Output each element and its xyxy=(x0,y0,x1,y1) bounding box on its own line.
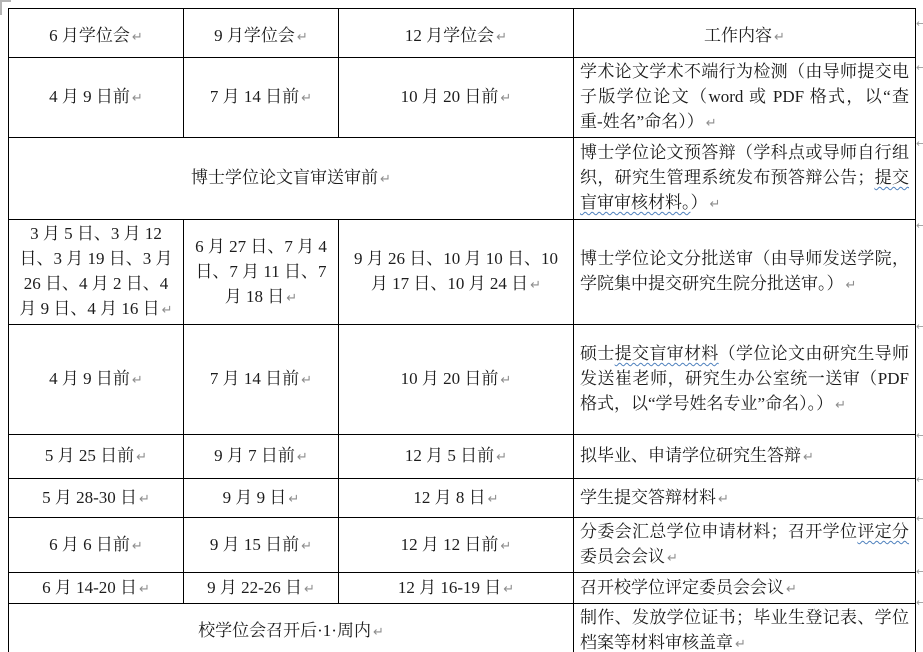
date-text: 9 月 22-26 日 xyxy=(207,578,302,597)
task-cell: 博士学位论文预答辩（学科点或导师自行组织，研究生管理系统发布预答辩公告；提交盲审… xyxy=(574,138,916,220)
date-text: 12 月 5 日前 xyxy=(405,446,494,465)
row-end-mark-icon: ← xyxy=(916,566,923,577)
paragraph-mark-icon: ↵ xyxy=(297,30,308,45)
paragraph-mark-icon: ↵ xyxy=(530,278,541,293)
paragraph-mark-icon: ↵ xyxy=(136,450,147,465)
date-cell: 12 月 16-19 日↵ xyxy=(339,573,574,604)
row-end-mark-icon: ← xyxy=(916,62,923,73)
header-cell-june: 6 月学位会↵ xyxy=(9,9,184,58)
task-cell: 硕士提交盲审材料（学位论文由研究生导师发送崔老师，研究生办公室统一送审（PDF … xyxy=(574,325,916,435)
paragraph-mark-icon: ↵ xyxy=(718,492,729,507)
paragraph-mark-icon: ↵ xyxy=(496,450,507,465)
table-row: 博士学位论文盲审送审前↵ 博士学位论文预答辩（学科点或导师自行组织，研究生管理系… xyxy=(9,138,916,220)
merged-date-cell: 校学位会召开后·1·周内↵ xyxy=(9,604,574,652)
table-row: 5 月 28-30 日↵ 9 月 9 日↵ 12 月 8 日↵ 学生提交答辩材料… xyxy=(9,479,916,518)
header-cell-task: 工作内容↵ xyxy=(574,9,916,58)
row-end-mark-icon: ← xyxy=(916,220,923,231)
task-text: 博士学位论文分批送审（由导师发送学院，学院集中提交研究生院分批送审。） xyxy=(580,249,909,293)
task-cell: 召开校学位评定委员会会议↵ xyxy=(574,573,916,604)
row-end-mark-icon: ← xyxy=(916,474,923,485)
date-text: 9 月 15 日前 xyxy=(210,535,299,554)
paragraph-mark-icon: ↵ xyxy=(500,373,511,388)
paragraph-mark-icon: ↵ xyxy=(301,539,312,554)
table-row: 6 月 14-20 日↵ 9 月 22-26 日↵ 12 月 16-19 日↵ … xyxy=(9,573,916,604)
date-text: 4 月 9 日前 xyxy=(49,369,130,388)
row-end-mark-icon: ← xyxy=(916,18,923,29)
table-row: 校学位会召开后·1·周内↵ 制作、发放学位证书；毕业生登记表、学位档案等材料审核… xyxy=(9,604,916,652)
task-text: 学生提交答辩材料 xyxy=(580,488,716,507)
table-row: 6 月 6 日前↵ 9 月 15 日前↵ 12 月 12 日前↵ 分委会汇总学位… xyxy=(9,518,916,573)
date-text: 博士学位论文盲审送审前 xyxy=(191,168,378,187)
date-text: 10 月 20 日前 xyxy=(401,369,499,388)
task-cell: 博士学位论文分批送审（由导师发送学院，学院集中提交研究生院分批送审。）↵ xyxy=(574,220,916,325)
paragraph-mark-icon: ↵ xyxy=(835,398,846,413)
table-row: 4 月 9 日前↵ 7 月 14 日前↵ 10 月 20 日前↵ 硕士提交盲审材… xyxy=(9,325,916,435)
date-cell: 9 月 7 日前↵ xyxy=(184,435,339,479)
spellcheck-squiggle-text: 提交盲审材料 xyxy=(615,344,719,363)
table-row: 3 月 5 日、3 月 12 日、3 月 19 日、3 月 26 日、4 月 2… xyxy=(9,220,916,325)
row-end-mark-icon: ← xyxy=(916,597,923,608)
paragraph-mark-icon: ↵ xyxy=(301,91,312,106)
task-cell: 制作、发放学位证书；毕业生登记表、学位档案等材料审核盖章↵ xyxy=(574,604,916,652)
date-text: 5 月 28-30 日 xyxy=(42,488,137,507)
paragraph-mark-icon: ↵ xyxy=(304,582,315,597)
task-text: 学术论文学术不端行为检测（由导师提交电子版学位论文（word 或 PDF 格式，… xyxy=(580,62,909,131)
paragraph-mark-icon: ↵ xyxy=(139,492,150,507)
paragraph-mark-icon: ↵ xyxy=(500,91,511,106)
date-cell: 9 月 22-26 日↵ xyxy=(184,573,339,604)
date-text: 7 月 14 日前 xyxy=(210,87,299,106)
paragraph-mark-icon: ↵ xyxy=(503,582,514,597)
date-cell: 7 月 14 日前↵ xyxy=(184,58,339,138)
spellcheck-squiggle-text: 评定分 xyxy=(857,522,909,541)
date-cell: 7 月 14 日前↵ xyxy=(184,325,339,435)
paragraph-mark-icon: ↵ xyxy=(706,116,717,131)
row-end-mark-icon: ← xyxy=(916,138,923,149)
date-cell: 6 月 6 日前↵ xyxy=(9,518,184,573)
paragraph-mark-icon: ↵ xyxy=(667,551,678,566)
paragraph-mark-icon: ↵ xyxy=(786,582,797,597)
date-text: 校学位会召开后·1·周内 xyxy=(198,621,371,640)
paragraph-mark-icon: ↵ xyxy=(710,197,721,212)
task-cell: 拟毕业、申请学位研究生答辩↵ xyxy=(574,435,916,479)
header-label: 工作内容 xyxy=(704,26,772,45)
paragraph-mark-icon: ↵ xyxy=(132,373,143,388)
date-text: 3 月 5 日、3 月 12 日、3 月 19 日、3 月 26 日、4 月 2… xyxy=(19,224,172,318)
document-page: 6 月学位会↵ 9 月学位会↵ 12 月学位会↵ 工作内容↵ 4 月 9 日前↵… xyxy=(0,0,923,652)
date-text: 12 月 8 日 xyxy=(413,488,485,507)
row-end-mark-icon: ← xyxy=(916,430,923,441)
paragraph-mark-icon: ↵ xyxy=(488,492,499,507)
date-cell: 10 月 20 日前↵ xyxy=(339,325,574,435)
row-end-mark-icon: ← xyxy=(916,321,923,332)
paragraph-mark-icon: ↵ xyxy=(373,625,384,640)
date-cell: 9 月 9 日↵ xyxy=(184,479,339,518)
date-cell: 6 月 27 日、7 月 4 日、7 月 11 日、7 月 18 日↵ xyxy=(184,220,339,325)
row-end-mark-icon: ← xyxy=(916,513,923,524)
paragraph-mark-icon: ↵ xyxy=(846,278,857,293)
task-text: 委员会会议 xyxy=(580,547,665,566)
paragraph-mark-icon: ↵ xyxy=(301,373,312,388)
task-text: 拟毕业、申请学位研究生答辩 xyxy=(580,446,801,465)
paragraph-mark-icon: ↵ xyxy=(774,30,785,45)
task-text: 分委会汇总学位申请材料；召开学位 xyxy=(580,522,857,541)
date-cell: 3 月 5 日、3 月 12 日、3 月 19 日、3 月 26 日、4 月 2… xyxy=(9,220,184,325)
paragraph-mark-icon: ↵ xyxy=(500,539,511,554)
header-row: 6 月学位会↵ 9 月学位会↵ 12 月学位会↵ 工作内容↵ xyxy=(9,9,916,58)
date-text: 9 月 7 日前 xyxy=(214,446,295,465)
date-cell: 6 月 14-20 日↵ xyxy=(9,573,184,604)
header-label: 12 月学位会 xyxy=(405,26,494,45)
date-text: 6 月 14-20 日 xyxy=(42,578,137,597)
date-cell: 5 月 28-30 日↵ xyxy=(9,479,184,518)
task-text: 硕士 xyxy=(580,344,615,363)
date-text: 4 月 9 日前 xyxy=(49,87,130,106)
date-cell: 10 月 20 日前↵ xyxy=(339,58,574,138)
paragraph-mark-icon: ↵ xyxy=(735,637,746,652)
paragraph-mark-icon: ↵ xyxy=(139,582,150,597)
task-cell: 学生提交答辩材料↵ xyxy=(574,479,916,518)
date-text: 10 月 20 日前 xyxy=(401,87,499,106)
date-cell: 12 月 8 日↵ xyxy=(339,479,574,518)
task-text: ） xyxy=(691,193,708,212)
paragraph-mark-icon: ↵ xyxy=(286,291,297,306)
date-cell: 12 月 5 日前↵ xyxy=(339,435,574,479)
paragraph-mark-icon: ↵ xyxy=(496,30,507,45)
table-row: 5 月 25 日前↵ 9 月 7 日前↵ 12 月 5 日前↵ 拟毕业、申请学位… xyxy=(9,435,916,479)
degree-schedule-table: 6 月学位会↵ 9 月学位会↵ 12 月学位会↵ 工作内容↵ 4 月 9 日前↵… xyxy=(8,8,916,652)
task-text: 召开校学位评定委员会会议 xyxy=(580,578,784,597)
date-text: 12 月 12 日前 xyxy=(401,535,499,554)
date-text: 6 月 6 日前 xyxy=(49,535,130,554)
date-text: 5 月 25 日前 xyxy=(45,446,134,465)
task-cell: 分委会汇总学位申请材料；召开学位评定分委员会会议↵ xyxy=(574,518,916,573)
paragraph-mark-icon: ↵ xyxy=(132,30,143,45)
date-text: 12 月 16-19 日 xyxy=(398,578,501,597)
header-label: 6 月学位会 xyxy=(49,26,130,45)
date-cell: 12 月 12 日前↵ xyxy=(339,518,574,573)
date-text: 7 月 14 日前 xyxy=(210,369,299,388)
date-cell: 9 月 15 日前↵ xyxy=(184,518,339,573)
paragraph-mark-icon: ↵ xyxy=(162,303,173,318)
task-text: 博士学位论文预答辩（学科点或导师自行组织，研究生管理系统发布预答辩公告； xyxy=(580,143,909,187)
paragraph-mark-icon: ↵ xyxy=(132,91,143,106)
date-text: 6 月 27 日、7 月 4 日、7 月 11 日、7 月 18 日 xyxy=(195,237,327,306)
task-cell: 学术论文学术不端行为检测（由导师提交电子版学位论文（word 或 PDF 格式，… xyxy=(574,58,916,138)
date-cell: 5 月 25 日前↵ xyxy=(9,435,184,479)
date-text: 9 月 9 日 xyxy=(223,488,287,507)
paragraph-mark-icon: ↵ xyxy=(803,450,814,465)
header-cell-december: 12 月学位会↵ xyxy=(339,9,574,58)
paragraph-mark-icon: ↵ xyxy=(380,172,391,187)
date-cell: 9 月 26 日、10 月 10 日、10 月 17 日、10 月 24 日↵ xyxy=(339,220,574,325)
date-cell: 4 月 9 日前↵ xyxy=(9,58,184,138)
date-text: 9 月 26 日、10 月 10 日、10 月 17 日、10 月 24 日 xyxy=(354,249,558,293)
merged-date-cell: 博士学位论文盲审送审前↵ xyxy=(9,138,574,220)
table-row: 4 月 9 日前↵ 7 月 14 日前↵ 10 月 20 日前↵ 学术论文学术不… xyxy=(9,58,916,138)
paragraph-mark-icon: ↵ xyxy=(132,539,143,554)
header-cell-september: 9 月学位会↵ xyxy=(184,9,339,58)
date-cell: 4 月 9 日前↵ xyxy=(9,325,184,435)
paragraph-mark-icon: ↵ xyxy=(288,492,299,507)
paragraph-mark-icon: ↵ xyxy=(297,450,308,465)
header-label: 9 月学位会 xyxy=(214,26,295,45)
